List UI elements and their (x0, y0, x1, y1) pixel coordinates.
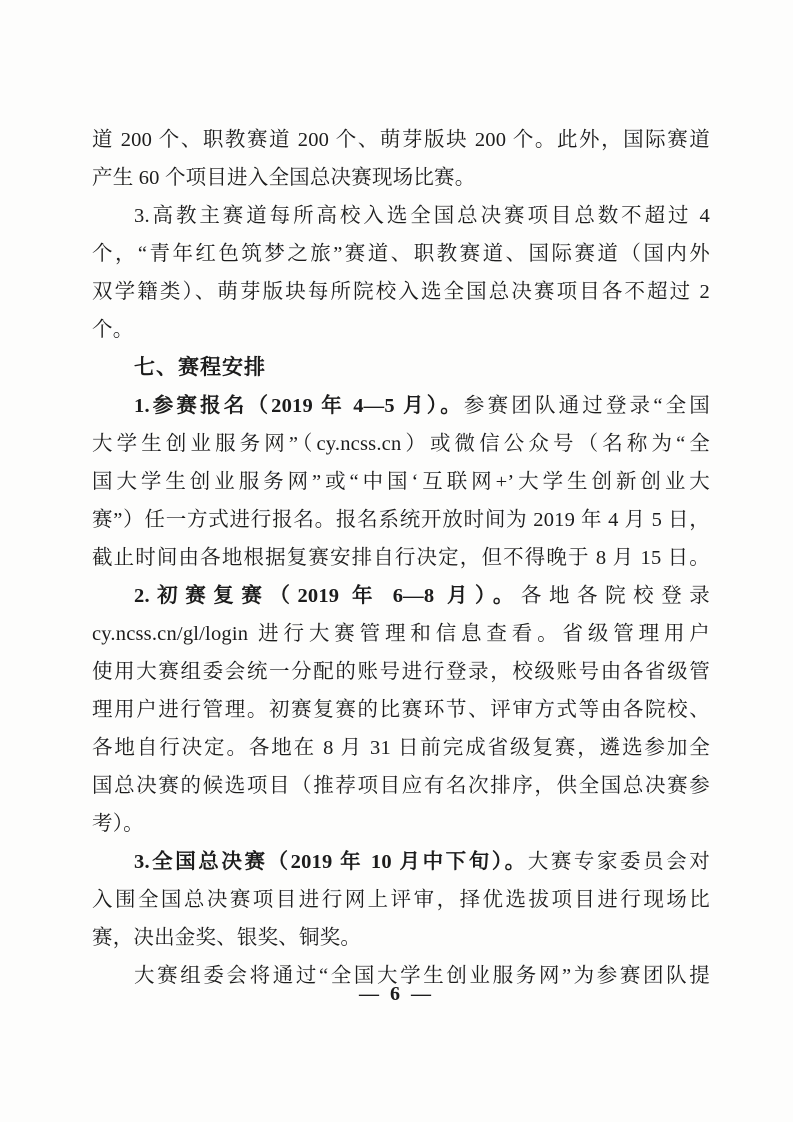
line-text: 个。 (92, 319, 133, 341)
text-line: 理用户进行管理。初赛复赛的比赛环节、评审方式等由各院校、 (92, 691, 710, 729)
text-line: 赛，决出金奖、银奖、铜奖。 (92, 919, 710, 957)
line-text: 道 200 个、职教赛道 200 个、萌芽版块 200 个。此外，国际赛道 (92, 129, 710, 151)
line-text: 入围全国总决赛项目进行网上评审，择优选拔项目进行现场比 (92, 889, 710, 911)
line-text: 大学生创业服务网”（cy.ncss.cn）或微信公众号（名称为“全 (92, 433, 710, 455)
text-line: 考）。 (92, 805, 710, 843)
text-line: 产生 60 个项目进入全国总决赛现场比赛。 (92, 159, 710, 197)
line-text: 国总决赛的候选项目（推荐项目应有名次排序，供全国总决赛参 (92, 775, 710, 797)
line-bold-lead: 3.全国总决赛（2019 年 10 月中下旬）。 (134, 851, 528, 873)
line-text: 参赛团队通过登录“全国 (464, 395, 710, 417)
text-line: 个。 (92, 311, 710, 349)
line-text: 大赛专家委员会对 (528, 851, 710, 873)
line-text: 各地自行决定。各地在 8 月 31 日前完成省级复赛，遴选参加全 (92, 737, 710, 759)
text-line: 道 200 个、职教赛道 200 个、萌芽版块 200 个。此外，国际赛道 (92, 121, 710, 159)
text-line: 截止时间由各地根据复赛安排自行决定，但不得晚于 8 月 15 日。 (92, 539, 710, 577)
line-text: 赛”）任一方式进行报名。报名系统开放时间为 2019 年 4 月 5 日， (92, 509, 710, 531)
line-text: 各地各院校登录 (521, 585, 710, 607)
page-number: — 6 — (0, 983, 793, 1006)
document-body: 道 200 个、职教赛道 200 个、萌芽版块 200 个。此外，国际赛道 产生… (92, 121, 710, 995)
line-text: 个，“青年红色筑梦之旅”赛道、职教赛道、国际赛道（国内外 (92, 243, 710, 265)
text-line: 3.全国总决赛（2019 年 10 月中下旬）。大赛专家委员会对 (92, 843, 710, 881)
line-text: 截止时间由各地根据复赛安排自行决定，但不得晚于 8 月 15 日。 (92, 547, 710, 569)
line-text: 3.高教主赛道每所高校入选全国总决赛项目总数不超过 4 (134, 205, 710, 227)
line-bold-lead: 2.初赛复赛（2019 年 6—8 月）。 (134, 585, 521, 607)
line-text: 国大学生创业服务网”或“中国‘互联网+’大学生创新创业大 (92, 471, 710, 493)
text-line: 赛”）任一方式进行报名。报名系统开放时间为 2019 年 4 月 5 日， (92, 501, 710, 539)
line-text: 赛，决出金奖、银奖、铜奖。 (92, 927, 361, 949)
line-text: 双学籍类）、萌芽版块每所院校入选全国总决赛项目各不超过 2 (92, 281, 710, 303)
line-text: cy.ncss.cn/gl/login 进行大赛管理和信息查看。省级管理用户 (92, 623, 710, 645)
heading-text: 七、赛程安排 (134, 356, 266, 379)
line-bold-lead: 1.参赛报名（2019 年 4—5 月）。 (134, 395, 464, 417)
text-line: 大学生创业服务网”（cy.ncss.cn）或微信公众号（名称为“全 (92, 425, 710, 463)
text-line: 国大学生创业服务网”或“中国‘互联网+’大学生创新创业大 (92, 463, 710, 501)
line-text: 产生 60 个项目进入全国总决赛现场比赛。 (92, 167, 475, 189)
text-line: 使用大赛组委会统一分配的账号进行登录，校级账号由各省级管 (92, 653, 710, 691)
line-text: 考）。 (92, 813, 144, 835)
text-line: 个，“青年红色筑梦之旅”赛道、职教赛道、国际赛道（国内外 (92, 235, 710, 273)
section-heading: 七、赛程安排 (92, 349, 710, 387)
text-line: 国总决赛的候选项目（推荐项目应有名次排序，供全国总决赛参 (92, 767, 710, 805)
text-line: 双学籍类）、萌芽版块每所院校入选全国总决赛项目各不超过 2 (92, 273, 710, 311)
text-line: 入围全国总决赛项目进行网上评审，择优选拔项目进行现场比 (92, 881, 710, 919)
text-line: 3.高教主赛道每所高校入选全国总决赛项目总数不超过 4 (92, 197, 710, 235)
line-text: 使用大赛组委会统一分配的账号进行登录，校级账号由各省级管 (92, 661, 710, 683)
text-line: 各地自行决定。各地在 8 月 31 日前完成省级复赛，遴选参加全 (92, 729, 710, 767)
text-line: 1.参赛报名（2019 年 4—5 月）。参赛团队通过登录“全国 (92, 387, 710, 425)
text-line: 2.初赛复赛（2019 年 6—8 月）。各地各院校登录 (92, 577, 710, 615)
text-line: cy.ncss.cn/gl/login 进行大赛管理和信息查看。省级管理用户 (92, 615, 710, 653)
document-page: 道 200 个、职教赛道 200 个、萌芽版块 200 个。此外，国际赛道 产生… (0, 0, 793, 1122)
line-text: 理用户进行管理。初赛复赛的比赛环节、评审方式等由各院校、 (92, 699, 710, 721)
